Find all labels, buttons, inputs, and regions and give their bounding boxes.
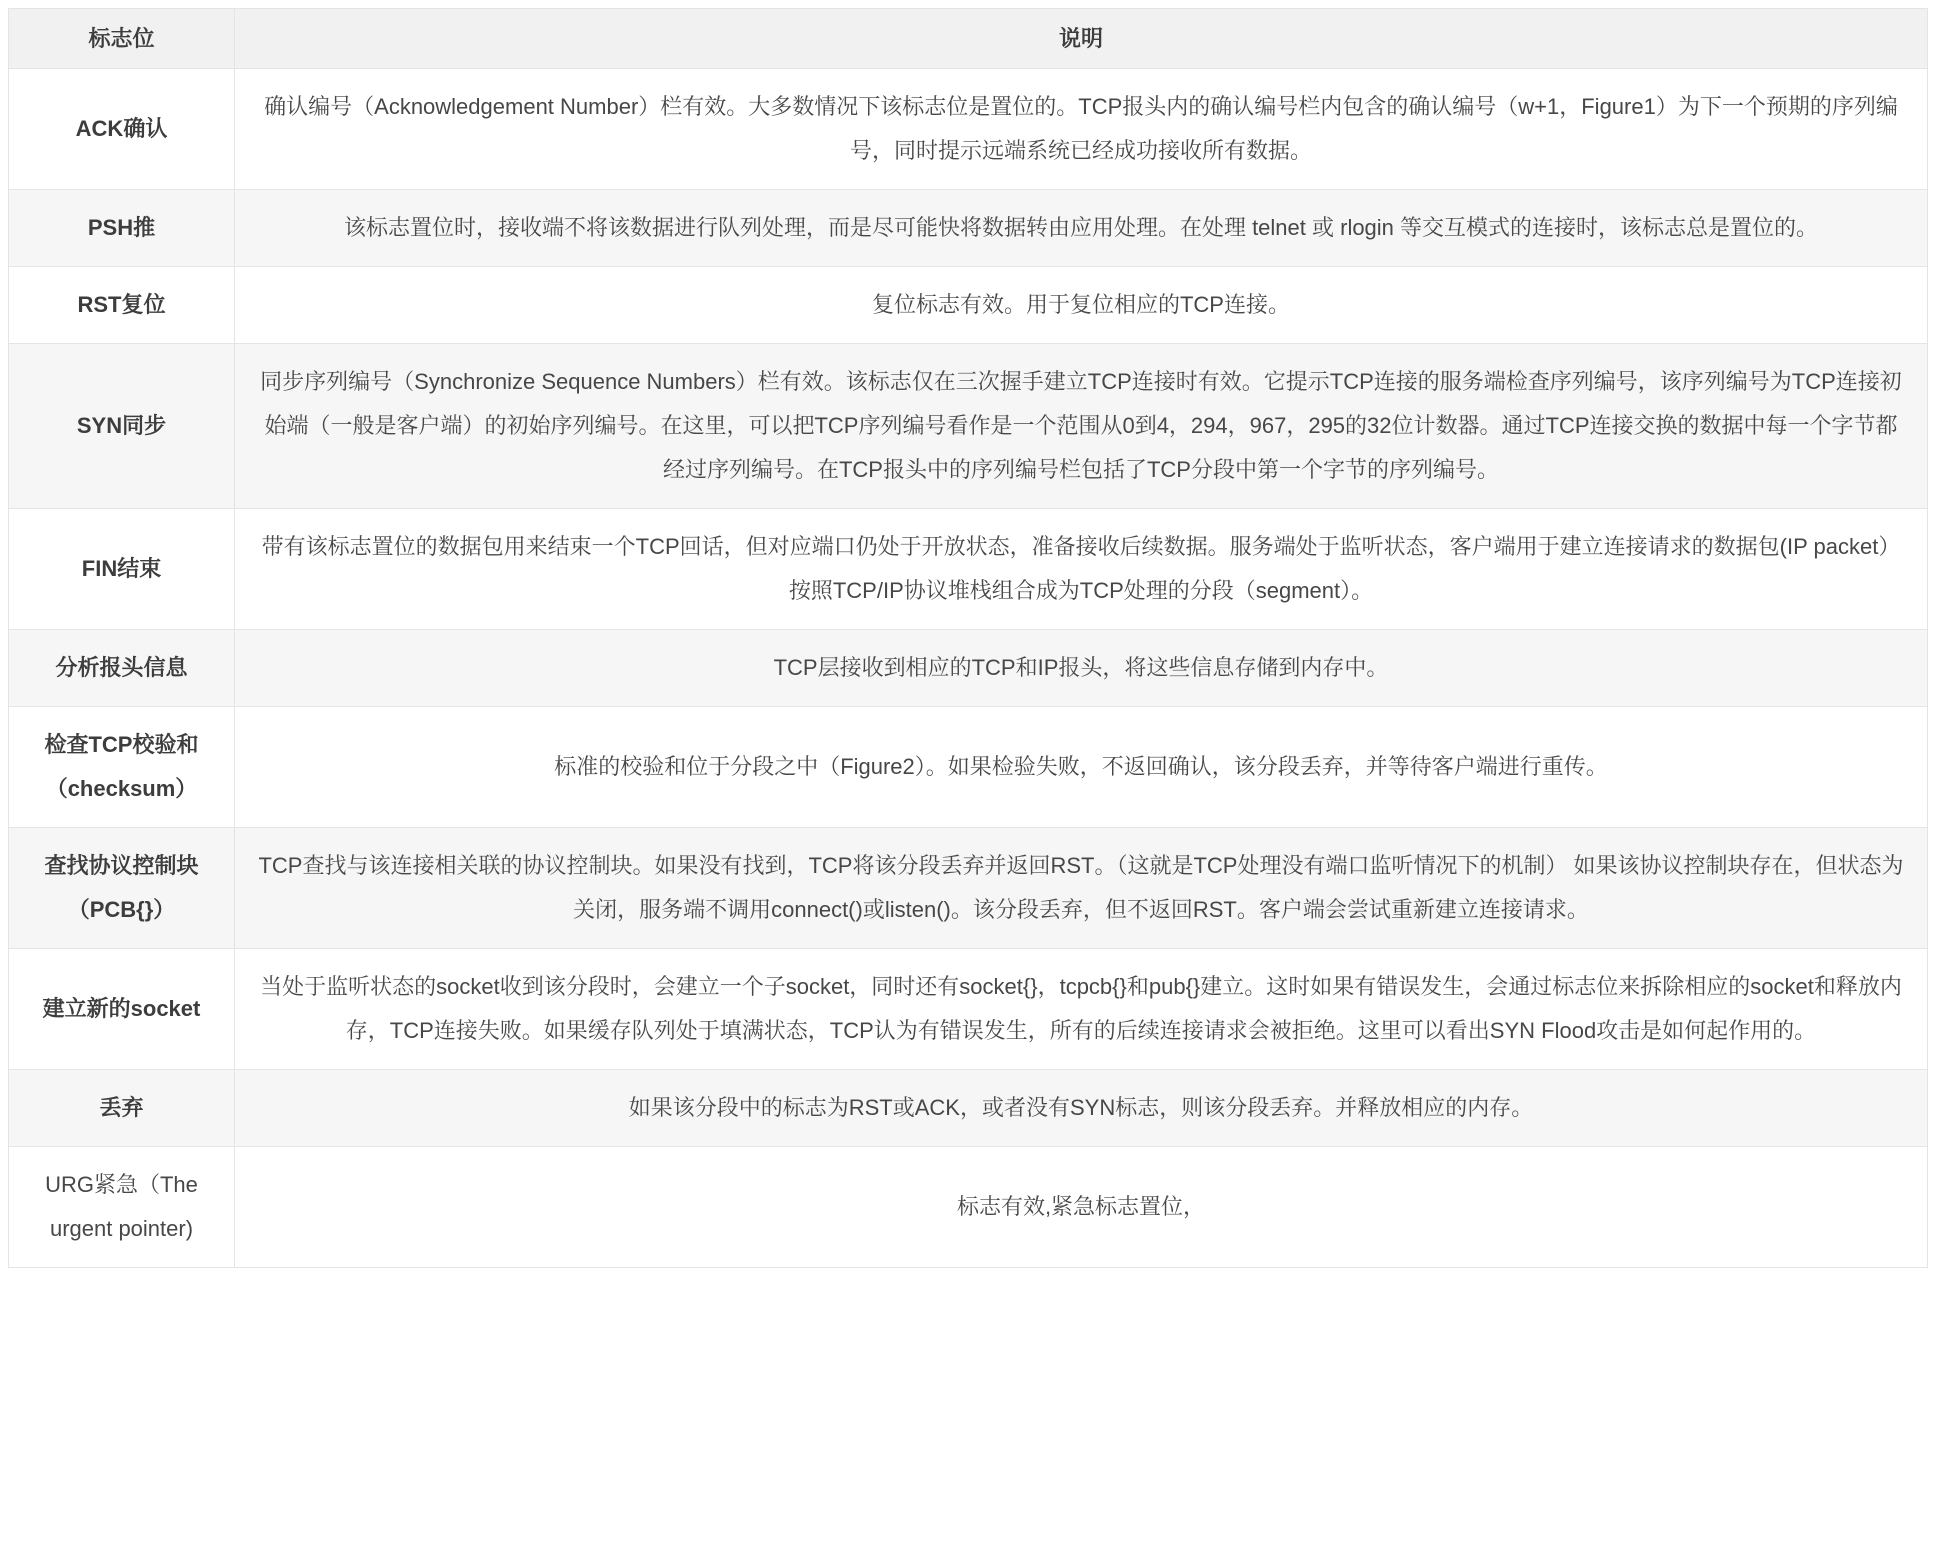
table-row: 分析报头信息 TCP层接收到相应的TCP和IP报头，将这些信息存储到内存中。: [9, 630, 1928, 707]
table-row: 丢弃 如果该分段中的标志为RST或ACK，或者没有SYN标志，则该分段丢弃。并释…: [9, 1070, 1928, 1147]
table-row: SYN同步 同步序列编号（Synchronize Sequence Number…: [9, 344, 1928, 509]
table-row: ACK确认 确认编号（Acknowledgement Number）栏有效。大多…: [9, 69, 1928, 190]
desc-cell-new-socket: 当处于监听状态的socket收到该分段时，会建立一个子socket，同时还有so…: [235, 949, 1928, 1070]
desc-cell-ack: 确认编号（Acknowledgement Number）栏有效。大多数情况下该标…: [235, 69, 1928, 190]
header-desc-column: 说明: [235, 9, 1928, 69]
desc-cell-rst: 复位标志有效。用于复位相应的TCP连接。: [235, 267, 1928, 344]
header-row: 标志位 说明: [9, 9, 1928, 69]
table-row: PSH推 该标志置位时，接收端不将该数据进行队列处理，而是尽可能快将数据转由应用…: [9, 190, 1928, 267]
table-row: URG紧急（The urgent pointer) 标志有效,紧急标志置位，: [9, 1147, 1928, 1268]
table-row: 查找协议控制块（PCB{}） TCP查找与该连接相关联的协议控制块。如果没有找到…: [9, 828, 1928, 949]
flag-cell-new-socket: 建立新的socket: [9, 949, 235, 1070]
table-row: 检查TCP校验和（checksum） 标准的校验和位于分段之中（Figure2）…: [9, 707, 1928, 828]
flag-cell-pcb: 查找协议控制块（PCB{}）: [9, 828, 235, 949]
flag-cell-syn: SYN同步: [9, 344, 235, 509]
desc-cell-urg: 标志有效,紧急标志置位，: [235, 1147, 1928, 1268]
table-row: 建立新的socket 当处于监听状态的socket收到该分段时，会建立一个子so…: [9, 949, 1928, 1070]
flag-cell-rst: RST复位: [9, 267, 235, 344]
desc-cell-checksum: 标准的校验和位于分段之中（Figure2）。如果检验失败，不返回确认，该分段丢弃…: [235, 707, 1928, 828]
desc-cell-fin: 带有该标志置位的数据包用来结束一个TCP回话，但对应端口仍处于开放状态，准备接收…: [235, 509, 1928, 630]
flag-cell-ack: ACK确认: [9, 69, 235, 190]
desc-cell-discard: 如果该分段中的标志为RST或ACK，或者没有SYN标志，则该分段丢弃。并释放相应…: [235, 1070, 1928, 1147]
desc-cell-pcb: TCP查找与该连接相关联的协议控制块。如果没有找到，TCP将该分段丢弃并返回RS…: [235, 828, 1928, 949]
tcp-flags-table: 标志位 说明 ACK确认 确认编号（Acknowledgement Number…: [8, 8, 1928, 1268]
desc-cell-syn: 同步序列编号（Synchronize Sequence Numbers）栏有效。…: [235, 344, 1928, 509]
flag-cell-fin: FIN结束: [9, 509, 235, 630]
flag-cell-checksum: 检查TCP校验和（checksum）: [9, 707, 235, 828]
flag-cell-urg: URG紧急（The urgent pointer): [9, 1147, 235, 1268]
desc-cell-parse-header: TCP层接收到相应的TCP和IP报头，将这些信息存储到内存中。: [235, 630, 1928, 707]
table-row: RST复位 复位标志有效。用于复位相应的TCP连接。: [9, 267, 1928, 344]
header-flag-column: 标志位: [9, 9, 235, 69]
flag-cell-discard: 丢弃: [9, 1070, 235, 1147]
table-row: FIN结束 带有该标志置位的数据包用来结束一个TCP回话，但对应端口仍处于开放状…: [9, 509, 1928, 630]
flag-cell-parse-header: 分析报头信息: [9, 630, 235, 707]
flag-cell-psh: PSH推: [9, 190, 235, 267]
table-header: 标志位 说明: [9, 9, 1928, 69]
desc-cell-psh: 该标志置位时，接收端不将该数据进行队列处理，而是尽可能快将数据转由应用处理。在处…: [235, 190, 1928, 267]
